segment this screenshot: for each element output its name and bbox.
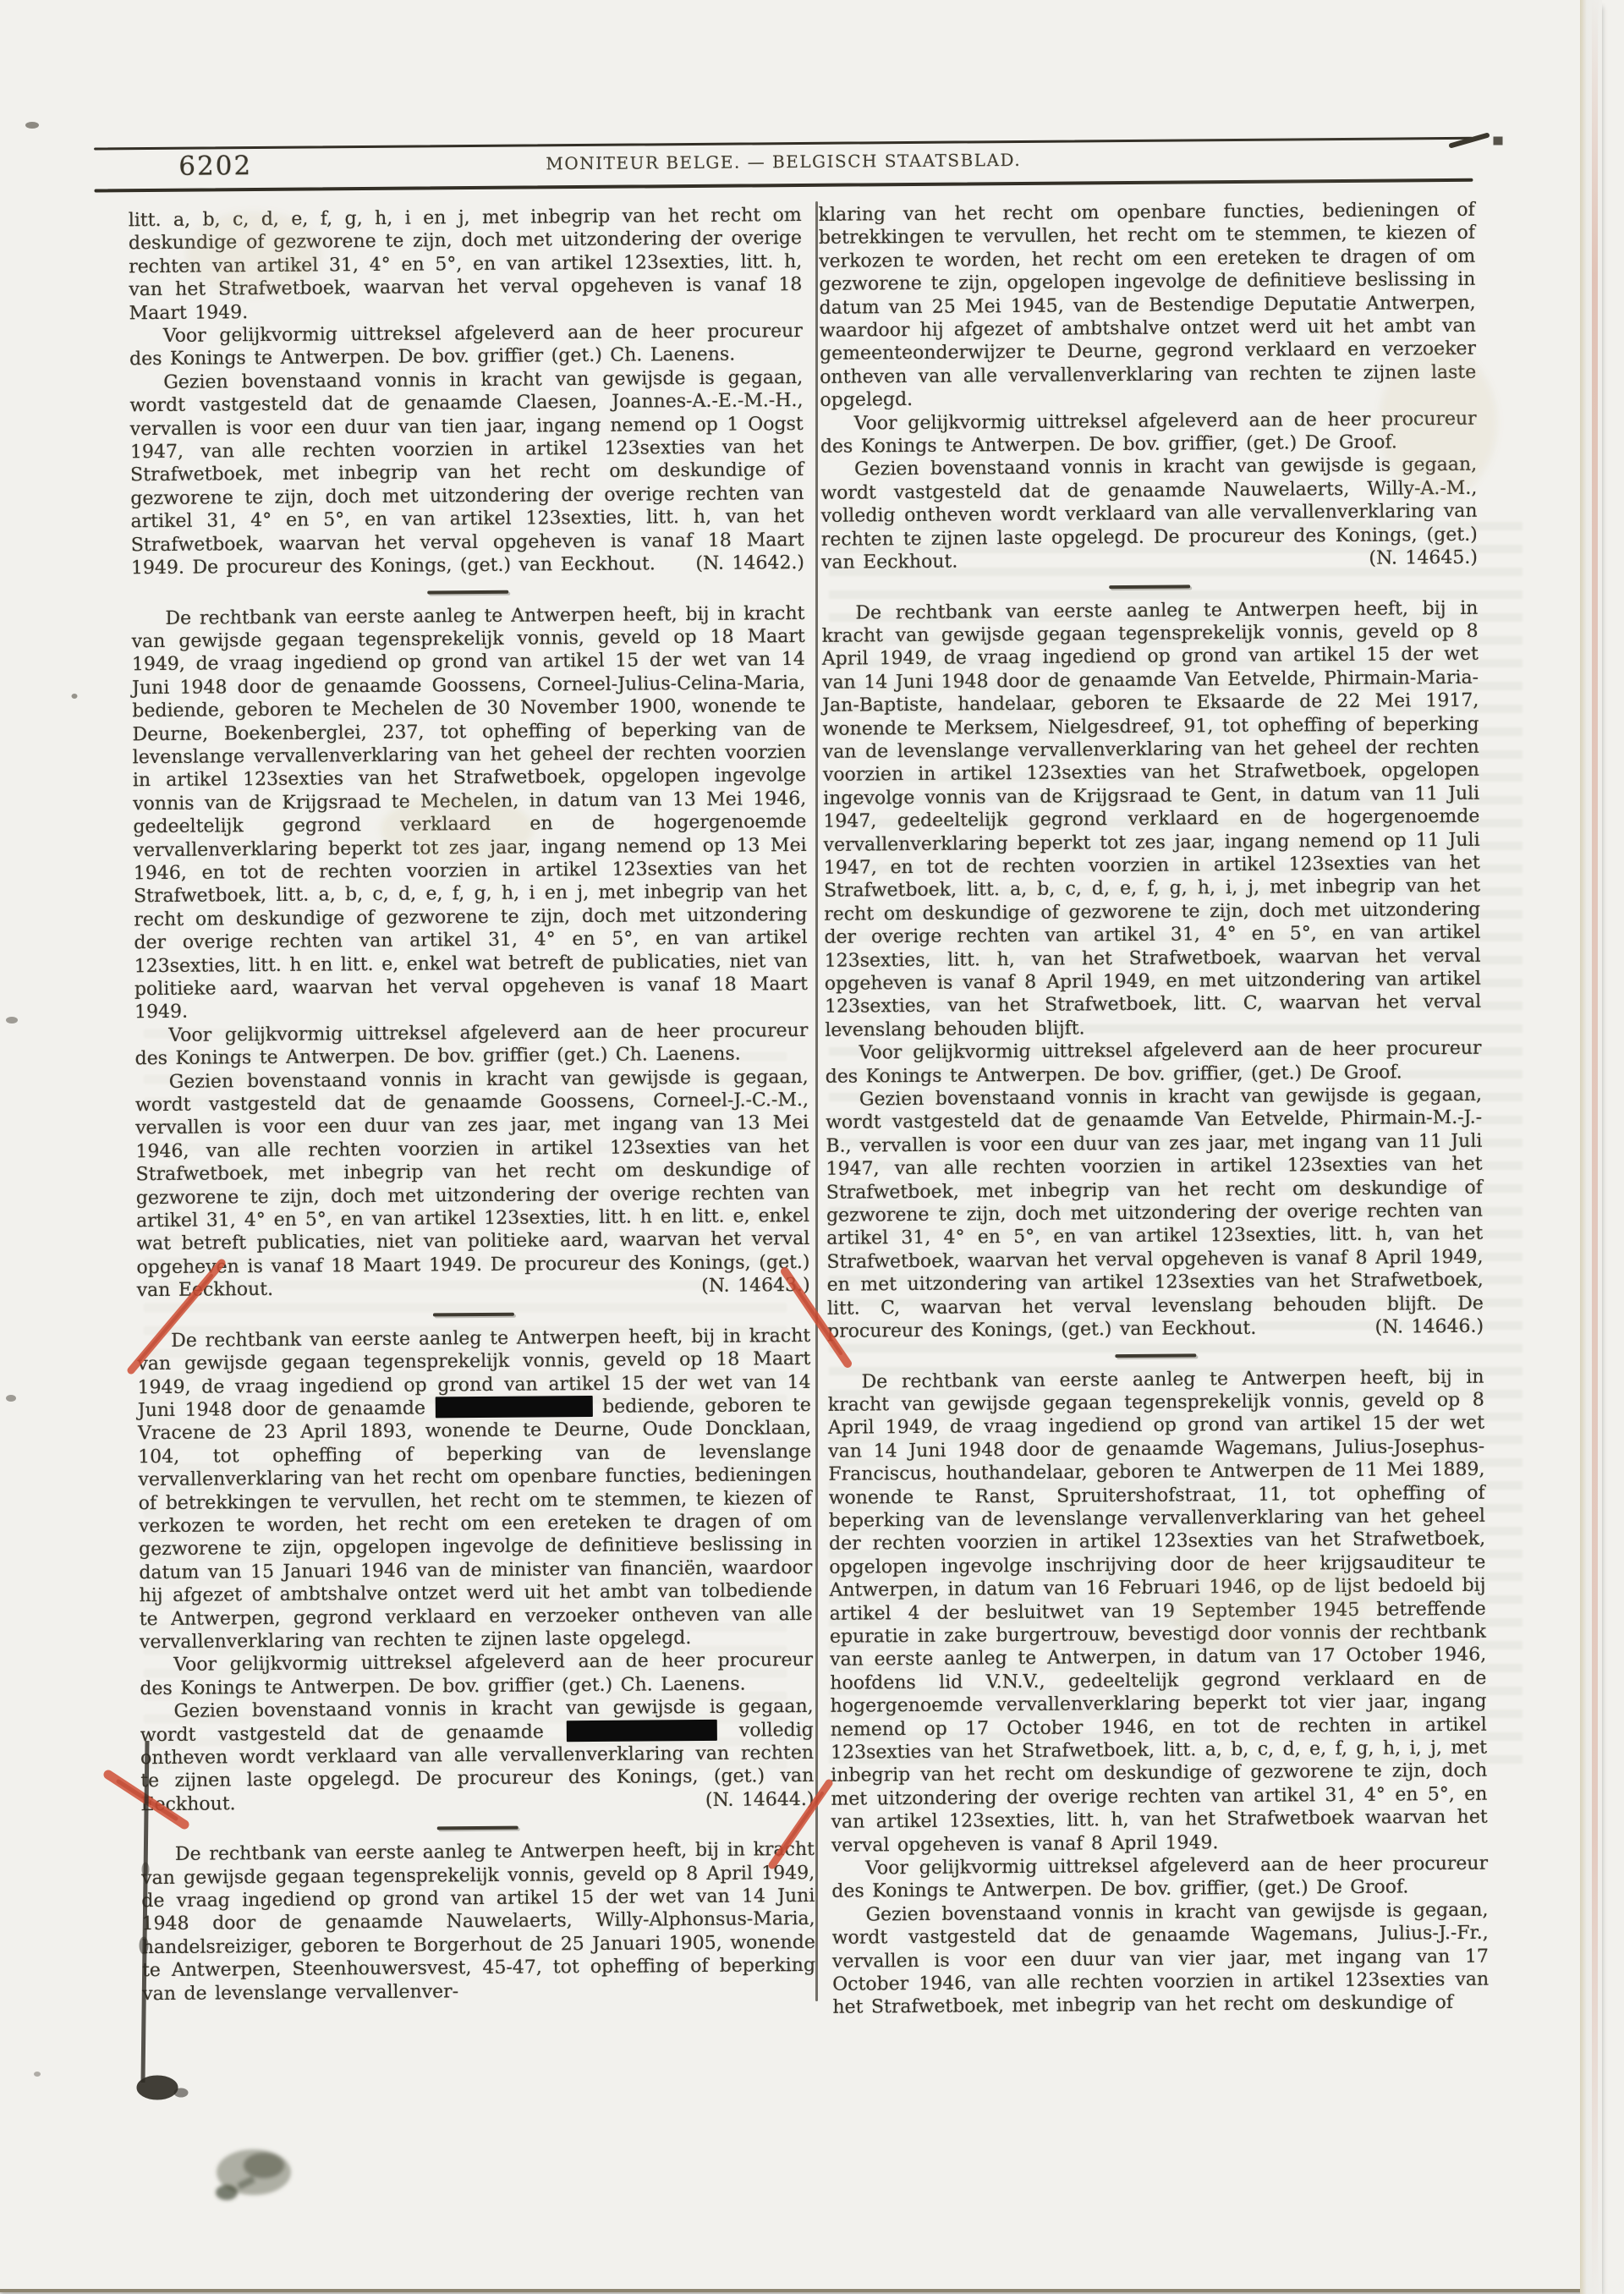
notice-paragraph: Gezien bovenstaand vonnis in kracht van … (831, 1899, 1489, 2020)
section-divider (1109, 584, 1190, 589)
notice-text: bediende, geboren te Vracene de 23 April… (138, 1395, 813, 1653)
notice-paragraph: De rechtbank van eerste aanleg te Antwer… (131, 601, 808, 1024)
smudge-stain (216, 2149, 291, 2200)
scanned-gazette-page: { "page": { "number": "6202", "journal_t… (0, 0, 1624, 2294)
notice-section-14644: De rechtbank van eerste aanleg te Antwer… (137, 1325, 814, 1817)
redaction-box (566, 1719, 716, 1741)
paper-sheet: 6202 MONITEUR BELGE. — BELGISCH STAATSBL… (0, 0, 1602, 2289)
section-divider (437, 1826, 518, 1830)
left-column: litt. a, b, c, d, e, f, g, h, i en j, me… (129, 204, 816, 2025)
notice-reference: (N. 14644.) (694, 1788, 815, 1813)
notice-reference: (N. 14646.) (1363, 1315, 1484, 1340)
notice-paragraph: litt. a, b, c, d, e, f, g, h, i en j, me… (129, 204, 803, 325)
notice-paragraph: De rechtbank van eerste aanleg te Antwer… (137, 1325, 813, 1655)
notice-paragraph: Voor gelijkvormig uittreksel afgeleverd … (140, 1649, 813, 1700)
notice-paragraph: Voor gelijkvormig uittreksel afgeleverd … (129, 320, 803, 371)
notice-text: Gezien bovenstaand vonnis in kracht van … (826, 1084, 1484, 1342)
notice-paragraph: Gezien bovenstaand vonnis in kracht van … (826, 1084, 1484, 1344)
notice-paragraph: De rechtbank van eerste aanleg te Antwer… (141, 1838, 815, 2006)
printed-content: 6202 MONITEUR BELGE. — BELGISCH STAATSBL… (0, 0, 1613, 2026)
notice-reference: (N. 14645.) (1357, 546, 1478, 571)
notice-paragraph: De rechtbank van eerste aanleg te Antwer… (827, 1365, 1487, 1858)
notice-paragraph: Voor gelijkvormig uittreksel afgeleverd … (820, 407, 1477, 458)
notice-paragraph: Voor gelijkvormig uittreksel afgeleverd … (831, 1852, 1488, 1904)
notice-text: Gezien bovenstaand vonnis in kracht van … (135, 1067, 810, 1302)
notice-section-14642: litt. a, b, c, d, e, f, g, h, i en j, me… (129, 204, 804, 580)
notice-section-14643: De rechtbank van eerste aanleg te Antwer… (131, 601, 809, 1302)
right-column: klaring van het recht om openbare functi… (819, 199, 1490, 2020)
redaction-box (435, 1396, 592, 1418)
notice-paragraph: De rechtbank van eerste aanleg te Antwer… (821, 596, 1481, 1042)
notice-paragraph: Gezien bovenstaand vonnis in kracht van … (135, 1066, 810, 1303)
notice-paragraph: Voor gelijkvormig uittreksel afgeleverd … (825, 1037, 1481, 1089)
notice-reference: (N. 14643.) (689, 1274, 810, 1298)
section-divider (433, 1312, 514, 1316)
section-divider (427, 590, 508, 594)
notice-section-continuing: De rechtbank van eerste aanleg te Antwer… (141, 1838, 815, 2006)
notice-reference: (N. 14642.) (683, 552, 804, 576)
page-number: 6202 (178, 151, 252, 182)
notice-paragraph: Voor gelijkvormig uittreksel afgeleverd … (134, 1019, 808, 1071)
scanner-edge-strip (1580, 0, 1602, 2294)
journal-title: MONITEUR BELGE. — BELGISCH STAATSBLAD. (546, 150, 1021, 173)
notice-paragraph: Gezien bovenstaand vonnis in kracht van … (140, 1695, 815, 1816)
scanner-edge-tint (1592, 0, 1598, 2294)
masthead: 6202 MONITEUR BELGE. — BELGISCH STAATSBL… (94, 137, 1473, 193)
notice-paragraph: klaring van het recht om openbare functi… (819, 199, 1477, 413)
section-divider (1115, 1353, 1196, 1358)
notice-paragraph: Gezien bovenstaand vonnis in kracht van … (129, 366, 804, 580)
notice-section-14646: De rechtbank van eerste aanleg te Antwer… (821, 596, 1484, 1343)
column-divider-rule (815, 201, 818, 2001)
notice-text: Gezien bovenstaand vonnis in kracht van … (129, 367, 804, 579)
notice-paragraph: Gezien bovenstaand vonnis in kracht van … (820, 453, 1478, 574)
notice-section-wagemans: De rechtbank van eerste aanleg te Antwer… (827, 1365, 1489, 2019)
notice-section-14645: klaring van het recht om openbare functi… (819, 199, 1478, 575)
text-columns: litt. a, b, c, d, e, f, g, h, i en j, me… (129, 199, 1490, 2025)
